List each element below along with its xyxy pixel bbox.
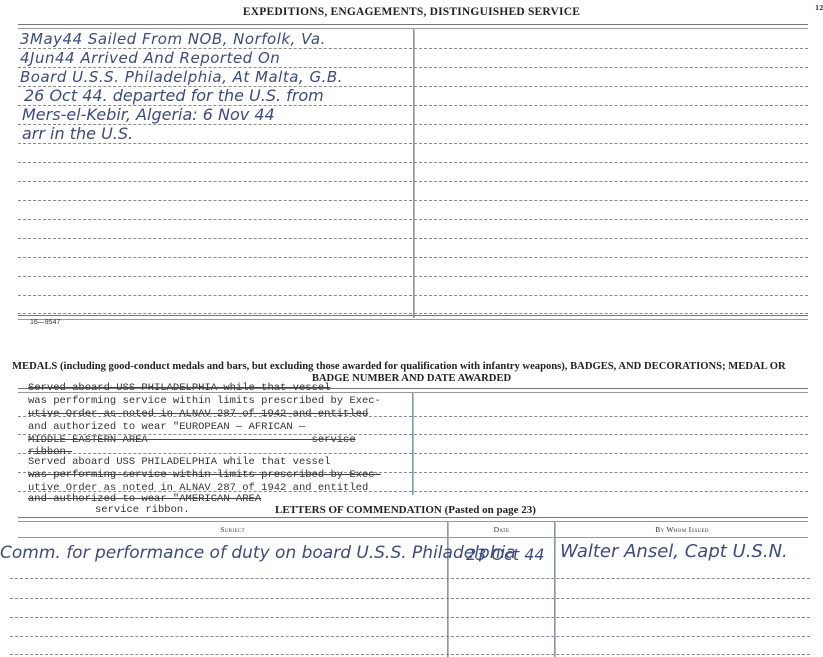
medal-entry-line: Served aboard USS PHILADELPHIA while tha… <box>28 456 330 468</box>
commendation-subject: Comm. for performance of duty on board U… <box>0 543 516 563</box>
expedition-entry: 3May44 Sailed From NOB, Norfolk, Va. <box>20 30 326 48</box>
commendation-date: 23 Oct 44 <box>466 545 545 564</box>
commendation-heading: LETTERS OF COMMENDATION (Pasted on page … <box>275 504 536 516</box>
medal-entry-line: service ribbon. <box>95 504 190 516</box>
medal-entry-line: utive Order as noted in ALNAV 287 of 194… <box>28 408 368 420</box>
expeditions-bottom-rule <box>18 315 808 320</box>
medals-column-divider <box>412 392 414 495</box>
expedition-entry: arr in the U.S. <box>22 124 133 143</box>
expedition-entry: 4Jun44 Arrived And Reported On <box>20 49 280 67</box>
column-header-by-whom-issued: By Whom Issued <box>556 525 808 534</box>
column-header-subject: Subject <box>18 525 447 534</box>
form-number: 16—9547 <box>30 319 60 326</box>
medal-entry-line: was performing service within limits pre… <box>28 469 381 481</box>
medal-entry-line: MIDDLE EASTERN AREA service <box>28 434 356 446</box>
medal-entry-line: was performing service within limits pre… <box>28 395 381 407</box>
medal-entry-line: and authorized to wear "EUROPEAN — AFRIC… <box>28 421 305 433</box>
expedition-entry: Mers-el-Kebir, Algeria: 6 Nov 44 <box>22 105 275 124</box>
expeditions-column-divider <box>413 28 415 318</box>
expeditions-title: EXPEDITIONS, ENGAGEMENTS, DISTINGUISHED … <box>0 6 823 18</box>
expedition-entry: 26 Oct 44. departed for the U.S. from <box>24 86 324 105</box>
column-header-date: Date <box>449 525 554 534</box>
page-margin-mark: 12 <box>815 6 823 12</box>
expedition-entry: Board U.S.S. Philadelphia, At Malta, G.B… <box>20 68 343 86</box>
medal-entry-line: Served aboard USS PHILADELPHIA while tha… <box>28 382 330 394</box>
commendation-issued-by: Walter Ansel, Capt U.S.N. <box>560 541 788 562</box>
commendation-header-rule <box>18 537 808 538</box>
medals-heading: MEDALS (including good-conduct medals an… <box>12 361 786 372</box>
commendation-top-rule <box>18 517 808 522</box>
